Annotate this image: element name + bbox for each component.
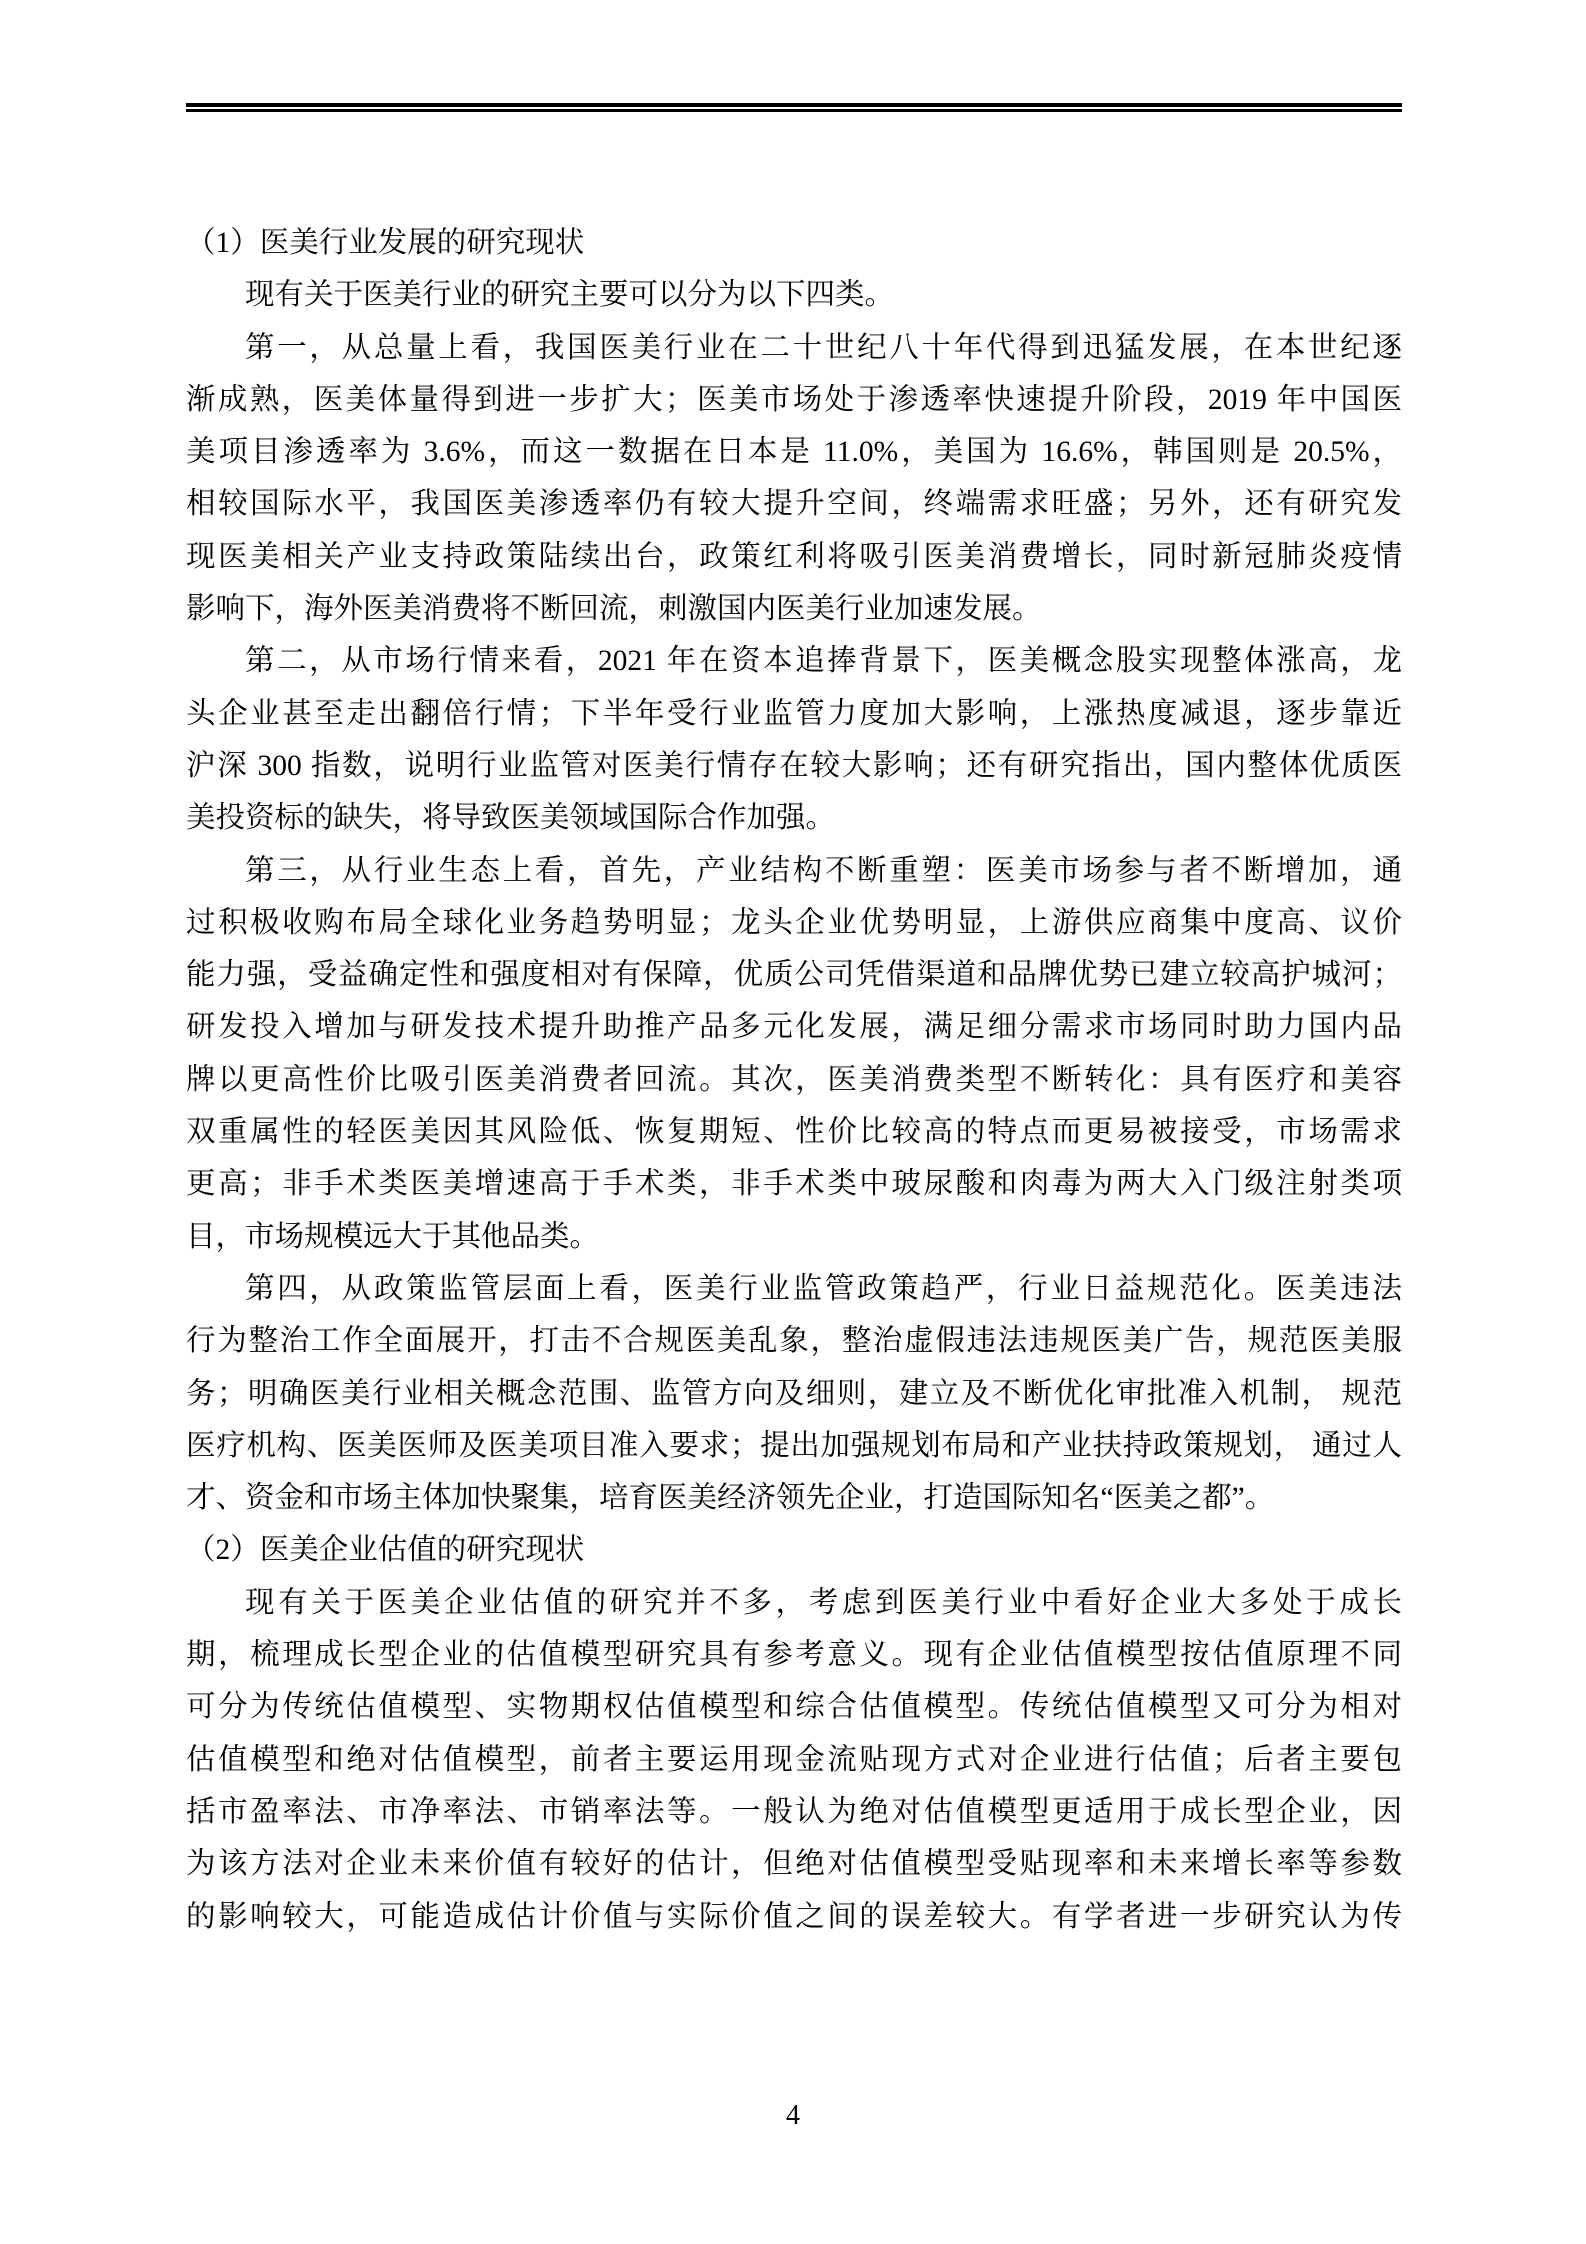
text-line: 第三，从行业生态上看，首先，产业结构不断重塑：医美市场参与者不断增加，通 bbox=[186, 845, 1402, 897]
text-line: （2）医美企业估值的研究现状 bbox=[186, 1524, 1402, 1576]
text-line: 研发投入增加与研发技术提升助推产品多元化发展，满足细分需求市场同时助力国内品 bbox=[186, 1001, 1402, 1053]
text-line: 第四，从政策监管层面上看，医美行业监管政策趋严，行业日益规范化。医美违法 bbox=[186, 1263, 1402, 1315]
text-line: 渐成熟，医美体量得到进一步扩大；医美市场处于渗透率快速提升阶段，2019 年中国… bbox=[186, 374, 1402, 426]
text-line: 才、资金和市场主体加快聚集，培育医美经济领先企业，打造国际知名“医美之都”。 bbox=[186, 1472, 1402, 1524]
text-line: 目，市场规模远大于其他品类。 bbox=[186, 1211, 1402, 1263]
text-line: 括市盈率法、市净率法、市销率法等。一般认为绝对估值模型更适用于成长型企业，因 bbox=[186, 1786, 1402, 1838]
text-line: 牌以更高性价比吸引医美消费者回流。其次，医美消费类型不断转化：具有医疗和美容 bbox=[186, 1054, 1402, 1106]
text-line: 美项目渗透率为 3.6%，而这一数据在日本是 11.0%，美国为 16.6%，韩… bbox=[186, 426, 1402, 478]
text-line: （1）医美行业发展的研究现状 bbox=[186, 217, 1402, 269]
text-line: 现有关于医美企业估值的研究并不多，考虑到医美行业中看好企业大多处于成长 bbox=[186, 1577, 1402, 1629]
body-text: （1）医美行业发展的研究现状现有关于医美行业的研究主要可以分为以下四类。第一，从… bbox=[186, 217, 1402, 1943]
text-line: 医疗机构、医美医师及医美项目准入要求；提出加强规划布局和产业扶持政策规划， 通过… bbox=[186, 1420, 1402, 1472]
text-line: 为该方法对企业未来价值有较好的估计，但绝对估值模型受贴现率和未来增长率等参数 bbox=[186, 1838, 1402, 1890]
text-line: 双重属性的轻医美因其风险低、恢复期短、性价比较高的特点而更易被接受，市场需求 bbox=[186, 1106, 1402, 1158]
text-line: 能力强，受益确定性和强度相对有保障，优质公司凭借渠道和品牌优势已建立较高护城河； bbox=[186, 949, 1402, 1001]
text-line: 期，梳理成长型企业的估值模型研究具有参考意义。现有企业估值模型按估值原理不同 bbox=[186, 1629, 1402, 1681]
text-line: 的影响较大，可能造成估计价值与实际价值之间的误差较大。有学者进一步研究认为传 bbox=[186, 1891, 1402, 1943]
text-line: 美投资标的缺失，将导致医美领域国际合作加强。 bbox=[186, 792, 1402, 844]
text-line: 行为整治工作全面展开，打击不合规医美乱象，整治虚假违法违规医美广告，规范医美服 bbox=[186, 1315, 1402, 1367]
text-line: 第一，从总量上看，我国医美行业在二十世纪八十年代得到迅猛发展，在本世纪逐 bbox=[186, 322, 1402, 374]
page-number: 4 bbox=[0, 2100, 1586, 2132]
text-line: 沪深 300 指数，说明行业监管对医美行情存在较大影响；还有研究指出，国内整体优… bbox=[186, 740, 1402, 792]
text-line: 可分为传统估值模型、实物期权估值模型和综合估值模型。传统估值模型又可分为相对 bbox=[186, 1681, 1402, 1733]
document-page: （1）医美行业发展的研究现状现有关于医美行业的研究主要可以分为以下四类。第一，从… bbox=[0, 0, 1586, 2244]
text-line: 务；明确医美行业相关概念范围、监管方向及细则，建立及不断优化审批准入机制， 规范 bbox=[186, 1368, 1402, 1420]
text-line: 过积极收购布局全球化业务趋势明显；龙头企业优势明显，上游供应商集中度高、议价 bbox=[186, 897, 1402, 949]
text-line: 头企业甚至走出翻倍行情；下半年受行业监管力度加大影响，上涨热度减退，逐步靠近 bbox=[186, 688, 1402, 740]
text-line: 现有关于医美行业的研究主要可以分为以下四类。 bbox=[186, 269, 1402, 321]
text-line: 第二，从市场行情来看，2021 年在资本追捧背景下，医美概念股实现整体涨高，龙 bbox=[186, 635, 1402, 687]
text-line: 相较国际水平，我国医美渗透率仍有较大提升空间，终端需求旺盛；另外，还有研究发 bbox=[186, 478, 1402, 530]
header-double-rule bbox=[186, 103, 1402, 112]
text-line: 估值模型和绝对估值模型，前者主要运用现金流贴现方式对企业进行估值；后者主要包 bbox=[186, 1734, 1402, 1786]
text-line: 影响下，海外医美消费将不断回流，刺激国内医美行业加速发展。 bbox=[186, 583, 1402, 635]
text-line: 现医美相关产业支持政策陆续出台，政策红利将吸引医美消费增长，同时新冠肺炎疫情 bbox=[186, 531, 1402, 583]
text-line: 更高；非手术类医美增速高于手术类，非手术类中玻尿酸和肉毒为两大入门级注射类项 bbox=[186, 1158, 1402, 1210]
